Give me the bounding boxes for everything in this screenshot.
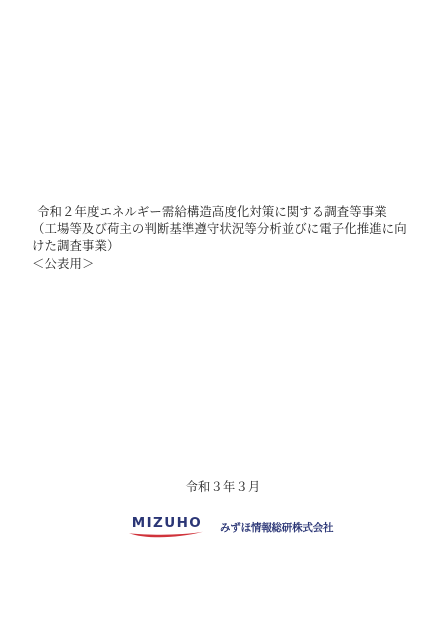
report-title-line: ＜公表用＞ xyxy=(32,255,420,272)
report-title-line: 令和２年度エネルギー需給構造高度化対策に関する調査等事業 xyxy=(32,203,420,220)
document-cover-page: 令和２年度エネルギー需給構造高度化対策に関する調査等事業 （工場等及び荷主の判断… xyxy=(0,0,446,630)
mizuho-wordmark: MIZUHO xyxy=(128,516,206,530)
publication-date: 令和３年３月 xyxy=(0,477,446,495)
report-title-line: けた調査事業） xyxy=(32,237,420,254)
report-title: 令和２年度エネルギー需給構造高度化対策に関する調査等事業 （工場等及び荷主の判断… xyxy=(32,203,420,272)
mizuho-wordmark-group: MIZUHO xyxy=(128,516,206,539)
mizuho-swoosh-icon xyxy=(128,531,204,539)
company-name: みずほ情報総研株式会社 xyxy=(220,520,333,535)
report-title-line: （工場等及び荷主の判断基準遵守状況等分析並びに電子化推進に向 xyxy=(32,220,420,237)
